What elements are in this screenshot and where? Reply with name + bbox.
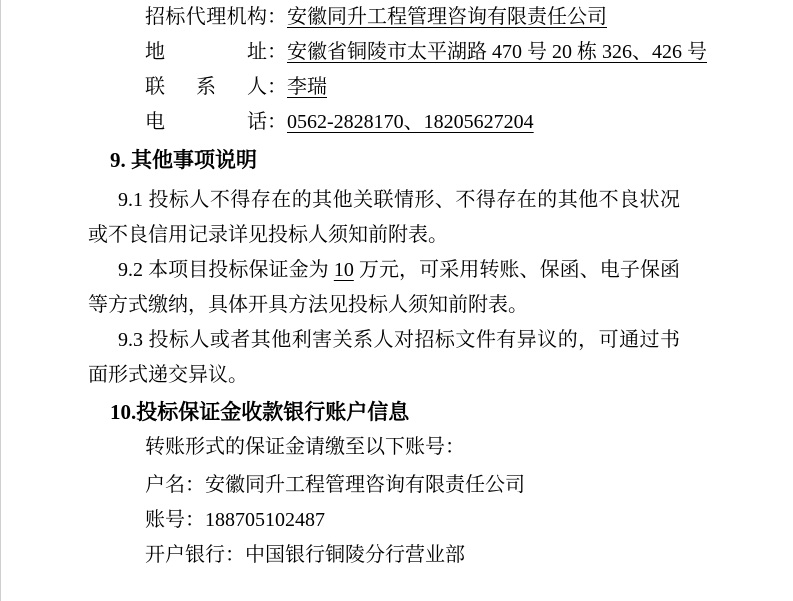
agency-contact-block: 招标代理机构：安徽同升工程管理咨询有限责任公司 地址：安徽省铜陵市太平湖路 47… [88, 0, 680, 140]
bank-account-block: 转账形式的保证金请缴至以下账号： 户名：安徽同升工程管理咨询有限责任公司 账号：… [88, 430, 680, 573]
para-9-2-text-post: 万元，可采用转账、保函、电子保函 [354, 259, 680, 281]
account-number-colon: ： [185, 509, 205, 531]
address-value: 安徽省铜陵市太平湖路 470 号 20 栋 326、426 号 [287, 41, 707, 63]
bid-bond-amount: 10 [334, 259, 354, 281]
agency-colon: ： [267, 6, 287, 28]
section-9-heading: 9. 其他事项说明 [88, 143, 680, 178]
bank-row-account-number: 账号：188705102487 [88, 503, 680, 538]
account-name-label: 户名 [145, 474, 185, 496]
contact-person-colon: ： [267, 76, 287, 98]
contact-row-agency: 招标代理机构：安徽同升工程管理咨询有限责任公司 [88, 0, 680, 35]
phone-colon: ： [267, 111, 287, 133]
account-number-label: 账号 [145, 509, 185, 531]
contact-person-value: 李瑞 [287, 76, 327, 98]
para-9-2-text-pre: 9.2 本项目投标保证金为 [118, 259, 334, 281]
contact-row-address: 地址：安徽省铜陵市太平湖路 470 号 20 栋 326、426 号 [88, 35, 680, 70]
address-colon: ： [267, 41, 287, 63]
bank-row-account-name: 户名：安徽同升工程管理咨询有限责任公司 [88, 468, 680, 503]
bank-intro: 转账形式的保证金请缴至以下账号： [88, 430, 680, 465]
phone-value: 0562-2828170、18205627204 [287, 111, 534, 133]
agency-value: 安徽同升工程管理咨询有限责任公司 [287, 6, 607, 28]
section-10-heading: 10.投标保证金收款银行账户信息 [88, 395, 680, 430]
bank-name-colon: ： [225, 544, 245, 566]
bank-name-label: 开户银行 [145, 544, 225, 566]
para-9-3-line-2: 面形式递交异议。 [88, 358, 680, 393]
agency-label: 招标代理机构 [145, 0, 267, 35]
contact-person-label: 联系人 [145, 70, 267, 105]
bank-row-bank-name: 开户银行：中国银行铜陵分行营业部 [88, 538, 680, 573]
address-label: 地址 [145, 35, 267, 70]
para-9-2-line-1: 9.2 本项目投标保证金为 10 万元，可采用转账、保函、电子保函 [88, 253, 680, 288]
account-name-value: 安徽同升工程管理咨询有限责任公司 [205, 474, 525, 496]
bank-name-value: 中国银行铜陵分行营业部 [245, 544, 465, 566]
para-9-1-line-1: 9.1 投标人不得存在的其他关联情形、不得存在的其他不良状况 [88, 183, 680, 218]
page-edge-line [0, 0, 1, 601]
para-9-3-line-1: 9.3 投标人或者其他利害关系人对招标文件有异议的，可通过书 [88, 323, 680, 358]
para-9-2-line-2: 等方式缴纳，具体开具方法见投标人须知前附表。 [88, 288, 680, 323]
contact-row-contact-person: 联系人：李瑞 [88, 70, 680, 105]
account-name-colon: ： [185, 474, 205, 496]
document-page: 招标代理机构：安徽同升工程管理咨询有限责任公司 地址：安徽省铜陵市太平湖路 47… [88, 0, 680, 573]
account-number-value: 188705102487 [205, 509, 325, 531]
section-9-body: 9.1 投标人不得存在的其他关联情形、不得存在的其他不良状况 或不良信用记录详见… [88, 183, 680, 393]
para-9-1-line-2: 或不良信用记录详见投标人须知前附表。 [88, 218, 680, 253]
phone-label: 电话 [145, 105, 267, 140]
contact-row-phone: 电话：0562-2828170、18205627204 [88, 105, 680, 140]
